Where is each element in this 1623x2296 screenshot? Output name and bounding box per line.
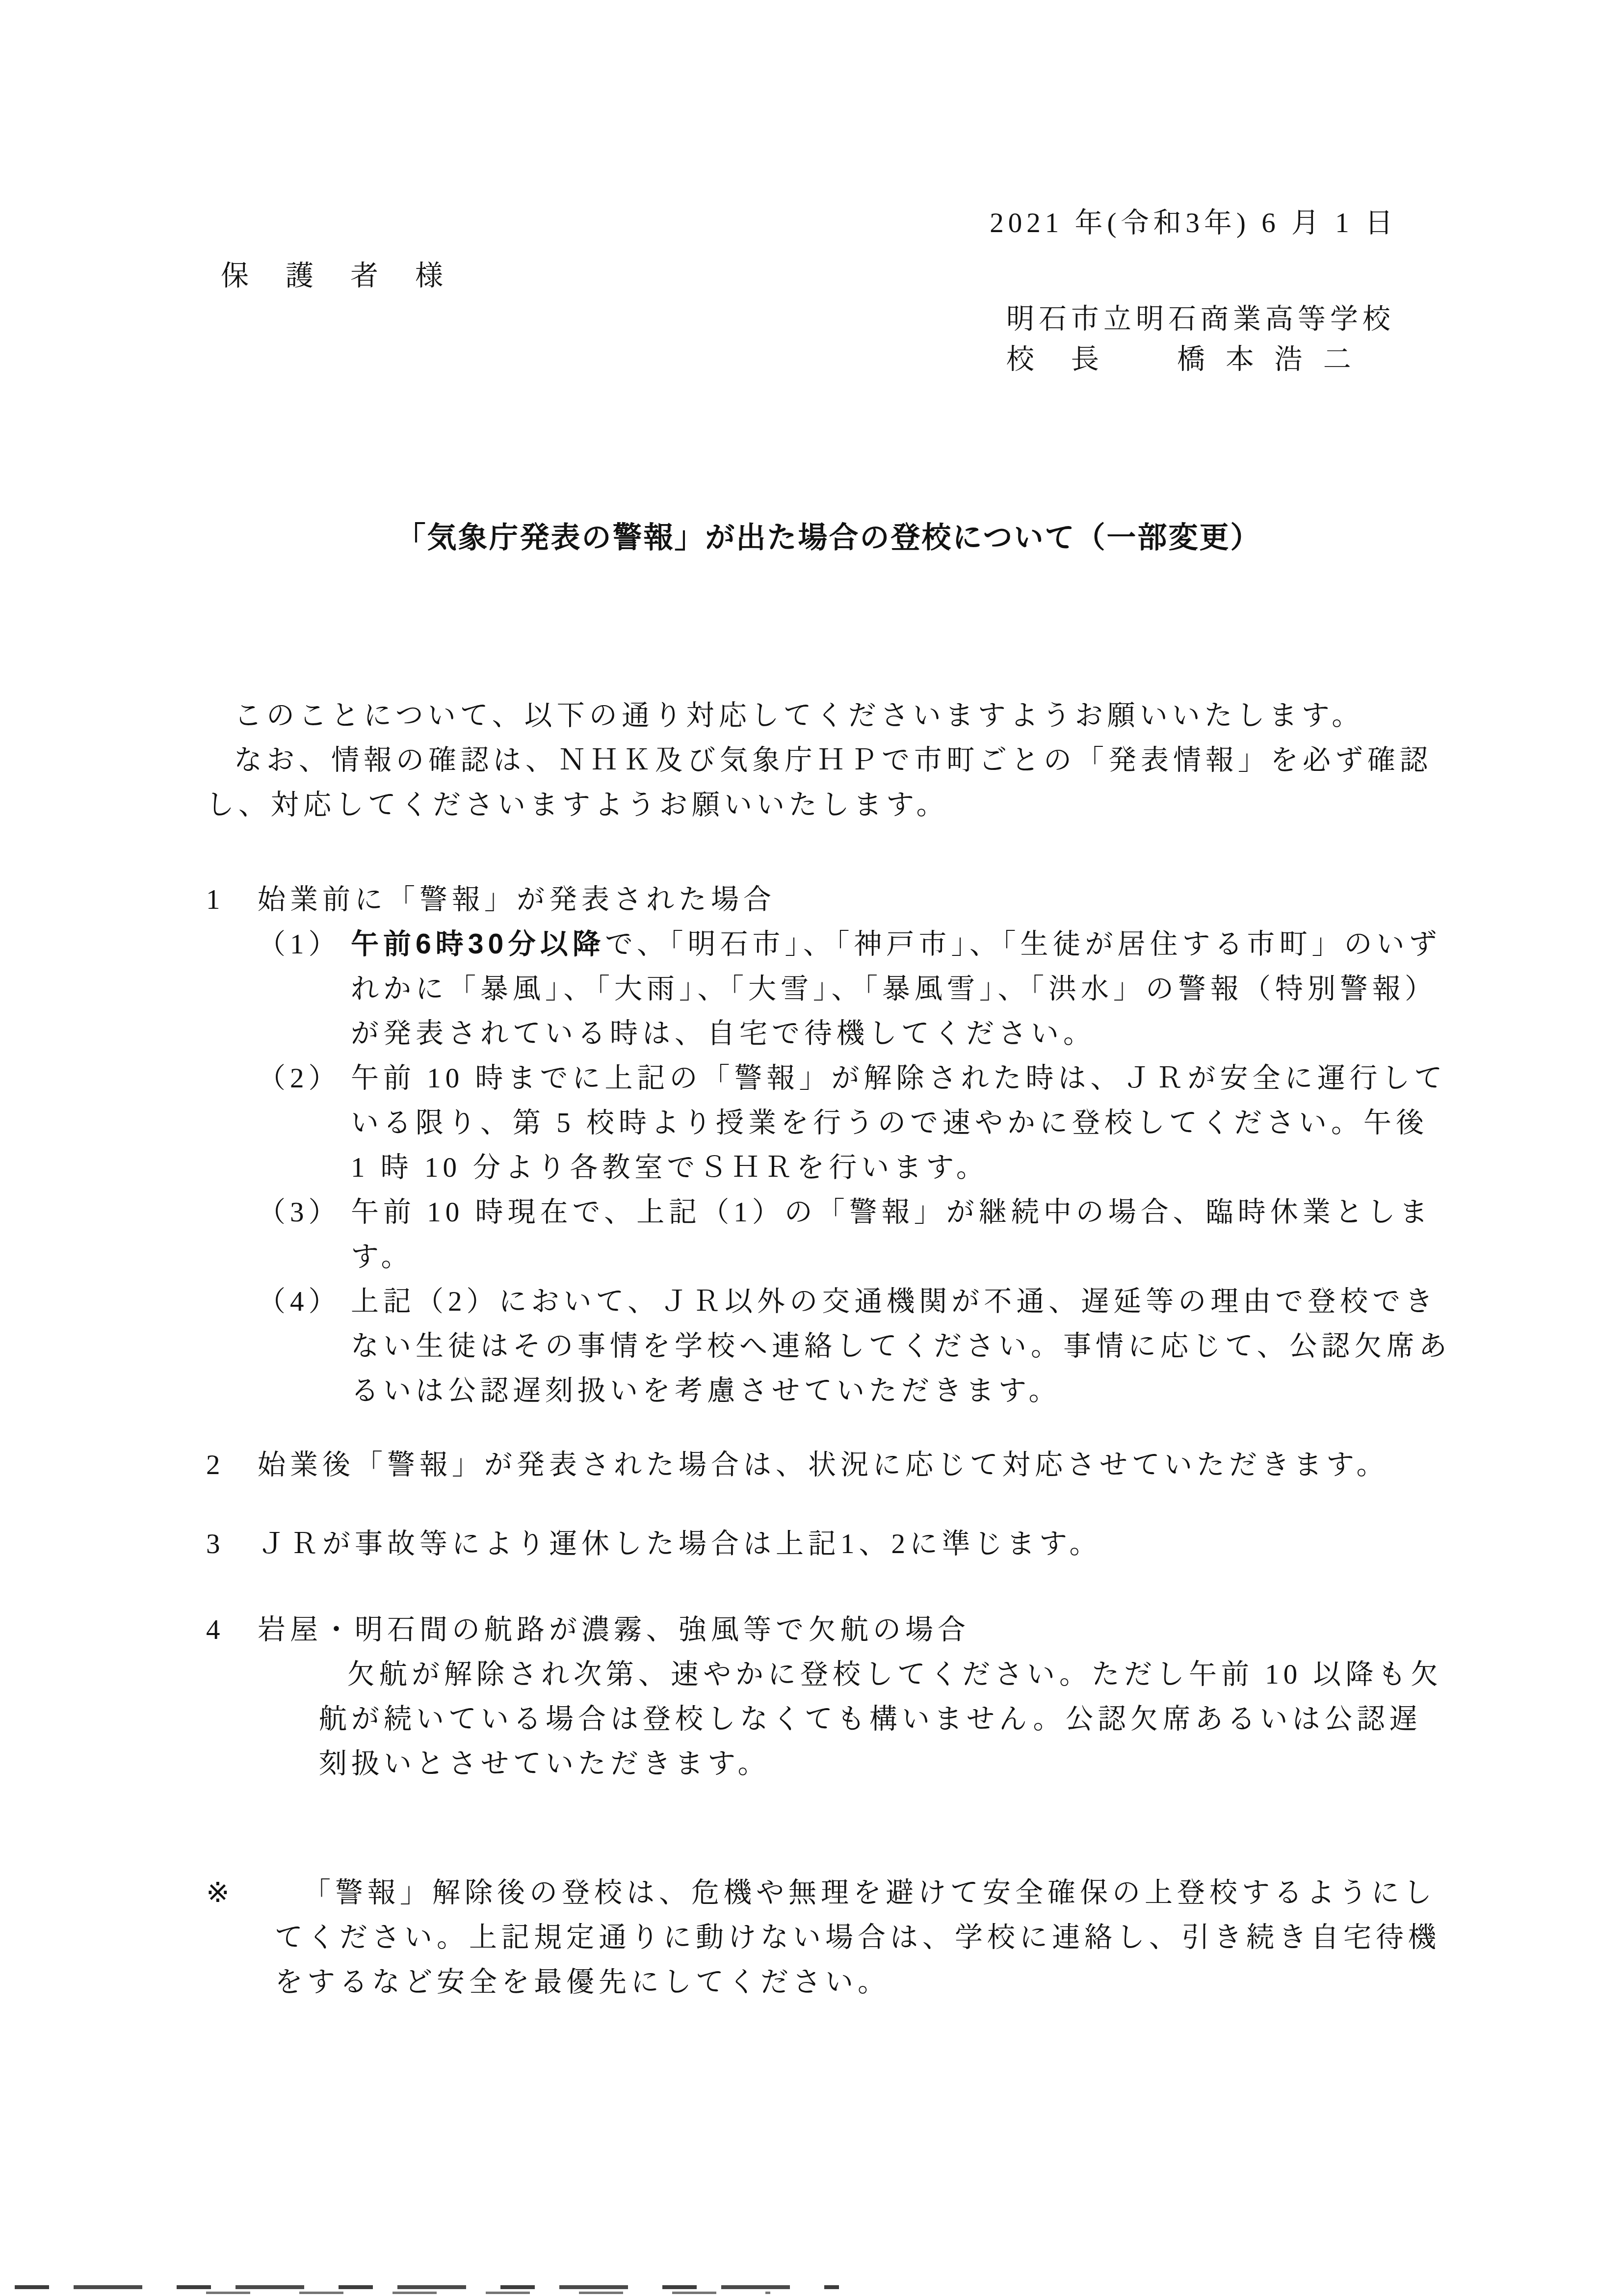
section-4-paragraph: 欠航が解除され次第、速やかに登校してください。ただし午前 10 以降も欠航が続い… [319,1652,1451,1786]
item-3-label: （3） [258,1190,351,1279]
principal-line: 校 長橋 本 浩 二 [1006,340,1395,379]
item-2-label: （2） [258,1056,351,1190]
date: 2021 年(令和3年) 6 月 1 日 [206,204,1451,243]
principal-name: 橋 本 浩 二 [1177,344,1358,375]
section-3-text: ＪＲが事故等により運休した場合は上記1、2に準じます。 [258,1522,1451,1566]
school-name: 明石市立明石商業高等学校 [1006,300,1395,339]
section-3: 3 ＪＲが事故等により運休した場合は上記1、2に準じます。 [206,1522,1451,1566]
scan-artifact-line [15,2285,839,2289]
item-4-text: 上記（2）において、ＪＲ以外の交通機関が不通、遅延等の理由で登校できない生徒はそ… [351,1279,1451,1413]
section-4: 4 岩屋・明石間の航路が濃霧、強風等で欠航の場合 欠航が解除され次第、速やかに登… [206,1608,1451,1786]
sender-block: 明石市立明石商業高等学校 校 長橋 本 浩 二 [1006,300,1395,379]
list-item-3: （3） 午前 10 時現在で、上記（1）の「警報」が継続中の場合、臨時休業としま… [258,1190,1451,1279]
recipient: 保 護 者 様 [206,257,1451,296]
item-3-text: 午前 10 時現在で、上記（1）の「警報」が継続中の場合、臨時休業とします。 [351,1190,1451,1279]
section-4-number: 4 [206,1608,258,1786]
section-4-heading: 岩屋・明石間の航路が濃霧、強風等で欠航の場合 [258,1608,1451,1652]
section-1-body: 始業前に「警報」が発表された場合 （1） 午前6時30分以降で、「明石市」、「神… [258,877,1451,1413]
item-4-label: （4） [258,1279,351,1413]
section-1: 1 始業前に「警報」が発表された場合 （1） 午前6時30分以降で、「明石市」、… [206,877,1451,1413]
item-1-text: 午前6時30分以降で、「明石市」、「神戸市」、「生徒が居住する市町」のいずれかに… [351,922,1451,1056]
item-1-label: （1） [258,922,351,1056]
list-item-2: （2） 午前 10 時までに上記の「警報」が解除された時は、ＪＲが安全に運行して… [258,1056,1451,1190]
principal-label: 校 長 [1006,344,1103,375]
scanned-letter-page: 2021 年(令和3年) 6 月 1 日 保 護 者 様 明石市立明石商業高等学… [0,0,1623,2296]
document-title: 「気象庁発表の警報」が出た場合の登校について（一部変更） [206,511,1451,565]
list-item-1: （1） 午前6時30分以降で、「明石市」、「神戸市」、「生徒が居住する市町」のい… [258,922,1451,1056]
intro-paragraph-2: なお、情報の確認は、ＮＨＫ及び気象庁ＨＰで市町ごとの「発表情報」を必ず確認し、対… [206,738,1451,827]
note-marker: ※ [206,1871,275,2005]
scan-artifact-line-2 [206,2292,770,2294]
intro-paragraph-1: このことについて、以下の通り対応してくださいますようお願いいたします。 [206,693,1451,738]
list-item-4: （4） 上記（2）において、ＪＲ以外の交通機関が不通、遅延等の理由で登校できない… [258,1279,1451,1413]
note: ※ 「警報」解除後の登校は、危機や無理を避けて安全確保の上登校するようにしてくだ… [206,1871,1451,2005]
section-3-number: 3 [206,1522,258,1566]
section-2-text: 始業後「警報」が発表された場合は、状況に応じて対応させていただきます。 [258,1443,1451,1487]
intro: このことについて、以下の通り対応してくださいますようお願いいたします。 なお、情… [206,693,1451,827]
item-2-text: 午前 10 時までに上記の「警報」が解除された時は、ＪＲが安全に運行している限り… [351,1056,1451,1190]
note-text: 「警報」解除後の登校は、危機や無理を避けて安全確保の上登校するようにしてください… [275,1871,1451,2005]
section-1-number: 1 [206,877,258,1413]
item-1-bold-phrase: 午前6時30分以降 [351,928,605,960]
section-2: 2 始業後「警報」が発表された場合は、状況に応じて対応させていただきます。 [206,1443,1451,1487]
section-1-heading: 始業前に「警報」が発表された場合 [258,877,1451,922]
section-4-body: 岩屋・明石間の航路が濃霧、強風等で欠航の場合 欠航が解除され次第、速やかに登校し… [258,1608,1451,1786]
section-2-number: 2 [206,1443,258,1487]
